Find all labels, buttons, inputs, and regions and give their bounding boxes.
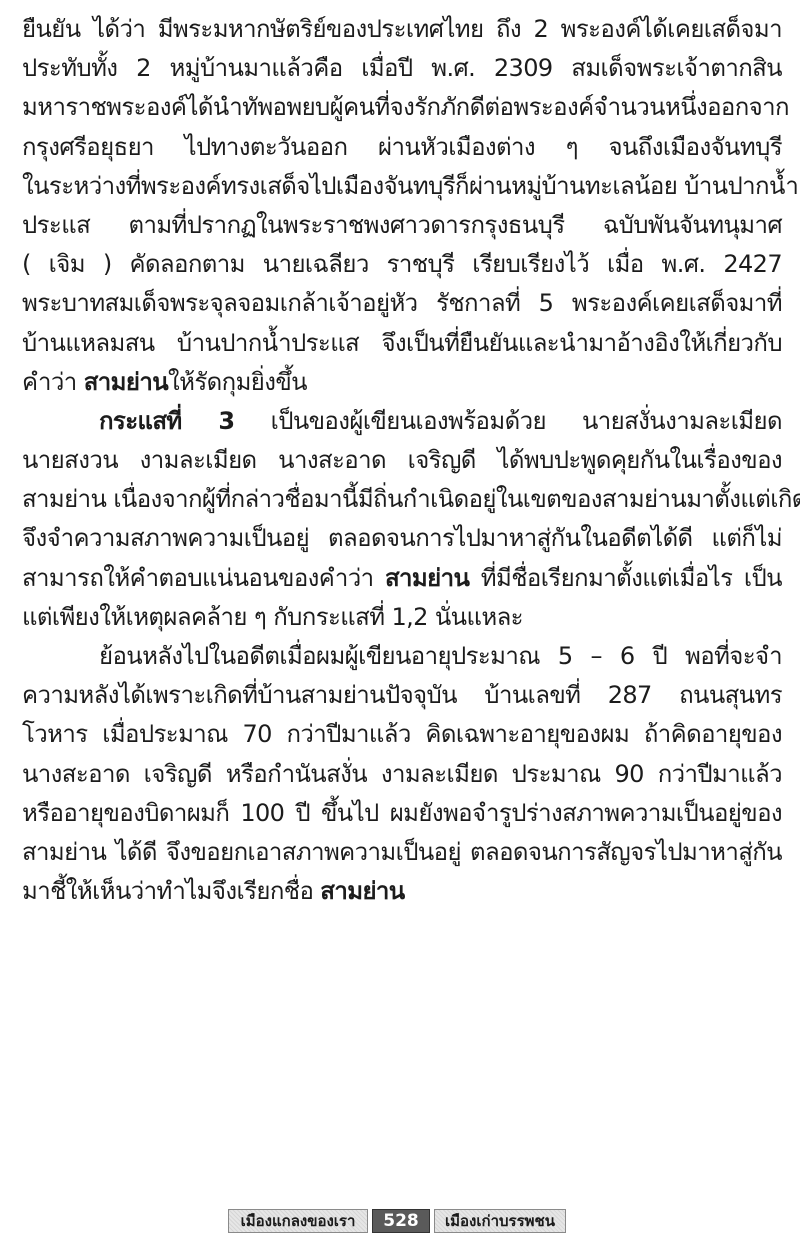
book-page: ยืนยัน ได้ว่า มีพระมหากษัตริย์ของประเทศไ… [0,0,800,1246]
text-line: ยืนยัน ได้ว่า มีพระมหากษัตริย์ของประเทศไ… [22,10,782,49]
text-run: ให้รัดกุมยิ่งขึ้น [168,368,307,396]
text-line: แต่เพียงให้เหตุผลคล้าย ๆ กับกระแสที่ 1,2… [22,598,782,637]
page-number: 528 [372,1209,430,1233]
text-line: กระแสที่ 3 เป็นของผู้เขียนเองพร้อมด้วย น… [22,402,782,441]
text-line: ย้อนหลังไปในอดีตเมื่อผมผู้เขียนอายุประมา… [22,637,782,676]
text-line: ในระหว่างที่พระองค์ทรงเสด็จไปเมืองจันทบุ… [22,167,782,206]
section-heading-current-3: กระแสที่ 3 [99,407,235,435]
text-line: มหาราชพระองค์ได้นำทัพอพยบผู้คนที่จงรักภั… [22,88,782,127]
text-line: มาชี้ให้เห็นว่าทำไมจึงเรียกชื่อ สามย่าน [22,872,782,911]
text-line: โวหาร เมื่อประมาณ 70 กว่าปีมาแล้ว คิดเฉพ… [22,715,782,754]
text-line: จึงจำความสภาพความเป็นอยู่ ตลอดจนการไปมาห… [22,519,782,558]
text-line: ประทับทั้ง 2 หมู่บ้านมาแล้วคือ เมื่อปี พ… [22,49,782,88]
text-run: เป็นของผู้เขียนเองพร้อมด้วย นายสงั่นงามล… [235,407,782,435]
keyword-sam-yan: สามย่าน [385,564,469,592]
text-run: สามารถให้คำตอบแน่นอนของคำว่า [22,564,385,592]
text-line: บ้านแหลมสน บ้านปากน้ำประแส จึงเป็นที่ยืน… [22,324,782,363]
text-run: มาชี้ให้เห็นว่าทำไมจึงเรียกชื่อ [22,877,320,905]
text-line: กรุงศรีอยุธยา ไปทางตะวันออก ผ่านหัวเมือง… [22,128,782,167]
text-line: นางสะอาด เจริญดี หรือกำนันสงั่น งามละเมี… [22,755,782,794]
page-footer: เมืองแกลงของเรา 528 เมืองเก่าบรรพชน [228,1209,566,1233]
text-line: สามารถให้คำตอบแน่นอนของคำว่า สามย่าน ที่… [22,559,782,598]
footer-section-title: เมืองเก่าบรรพชน [434,1209,566,1233]
text-line: ( เจิม ) คัดลอกตาม นายเฉลียว ราชบุรี เรี… [22,245,782,284]
text-line: คำว่า สามย่านให้รัดกุมยิ่งขึ้น [22,363,782,402]
text-line: สามย่าน ได้ดี จึงขอยกเอาสภาพความเป็นอยู่… [22,833,782,872]
text-line: สามย่าน เนื่องจากผู้ที่กล่าวชื่อมานี้มีถ… [22,480,782,519]
text-line: นายสงวน งามละเมียด นางสะอาด เจริญดี ได้พ… [22,441,782,480]
text-line: ความหลังได้เพราะเกิดที่บ้านสามย่านปัจจุบ… [22,676,782,715]
text-line: พระบาทสมเด็จพระจุลจอมเกล้าเจ้าอยู่หัว รั… [22,284,782,323]
text-run: คำว่า [22,368,84,396]
keyword-sam-yan: สามย่าน [84,368,168,396]
text-run: ที่มีชื่อเรียกมาตั้งแต่เมื่อไร เป็น [469,564,782,592]
body-text: ยืนยัน ได้ว่า มีพระมหากษัตริย์ของประเทศไ… [22,10,782,911]
keyword-sam-yan: สามย่าน [320,877,404,905]
footer-book-title: เมืองแกลงของเรา [228,1209,368,1233]
text-line: หรืออายุของบิดาผมก็ 100 ปี ขึ้นไป ผมยังพ… [22,794,782,833]
text-line: ประแส ตามที่ปรากฏในพระราชพงศาวดารกรุงธนบ… [22,206,782,245]
